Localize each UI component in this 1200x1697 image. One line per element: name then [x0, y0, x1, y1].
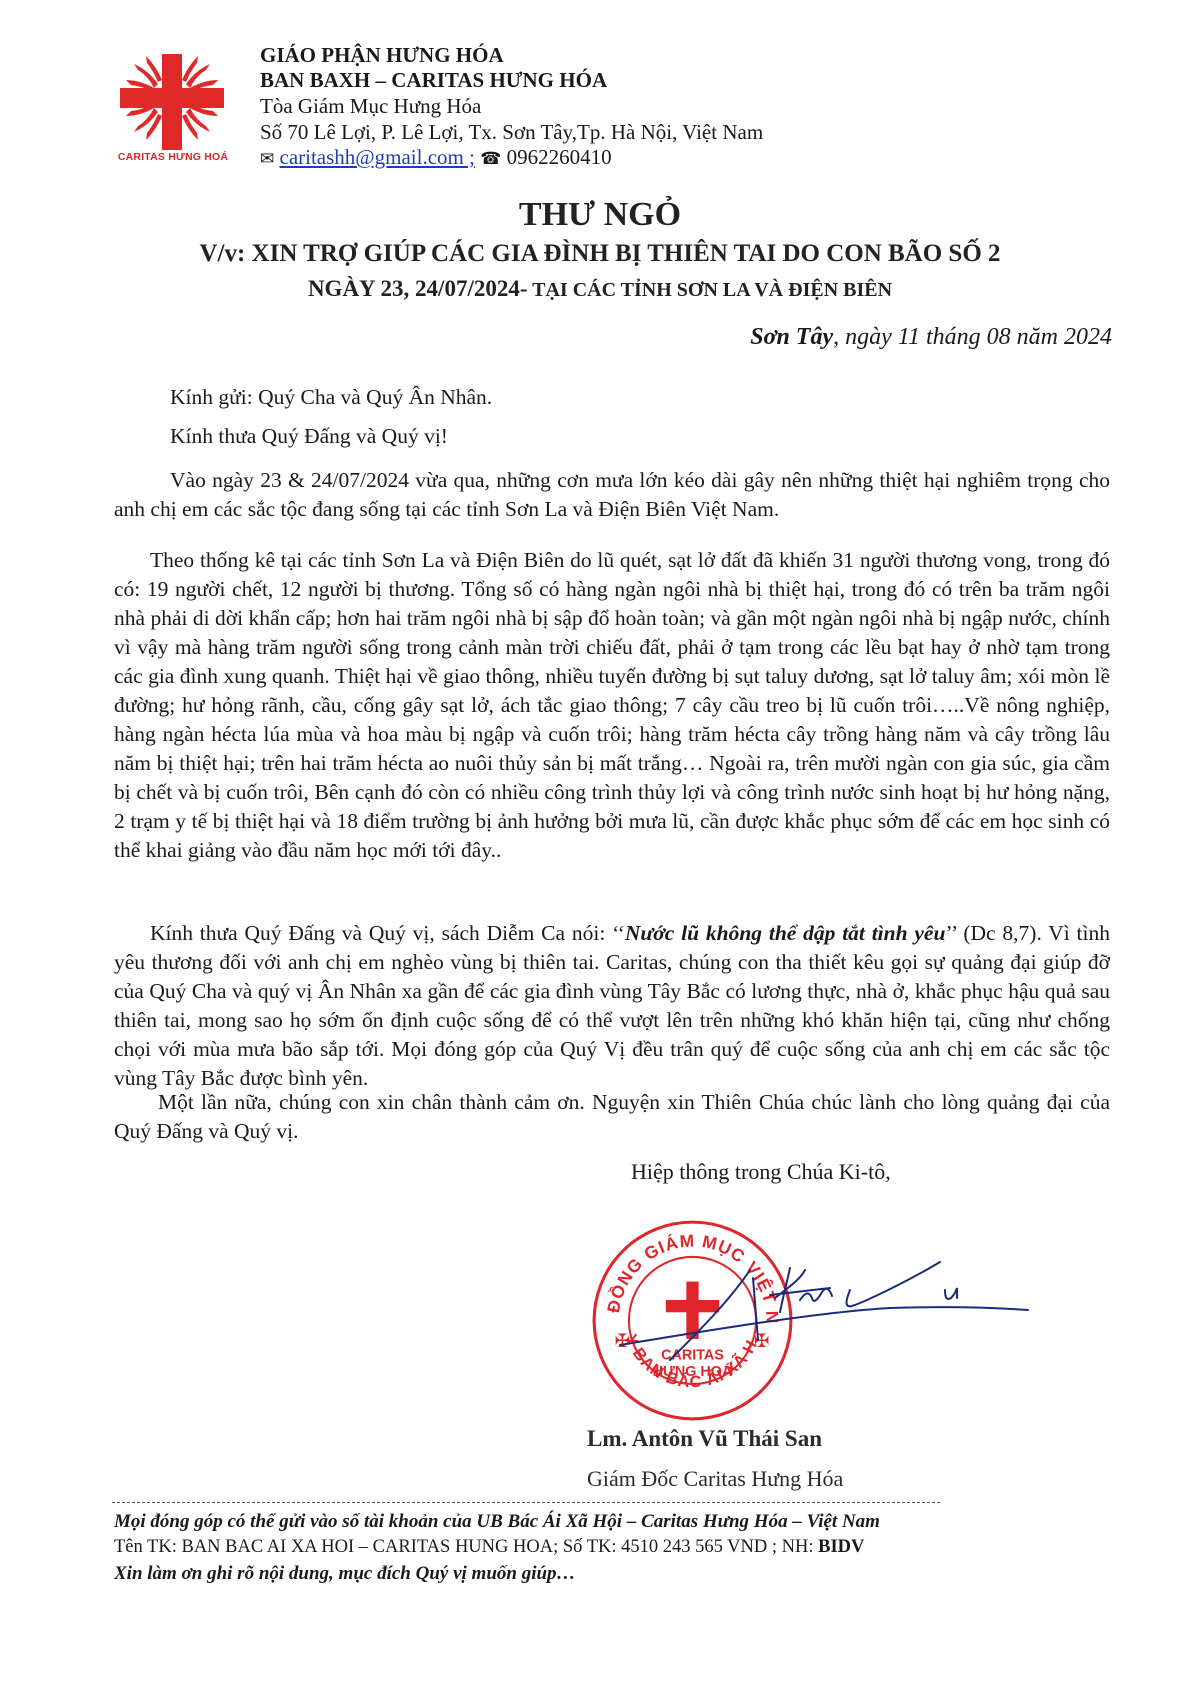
diocese-name: GIÁO PHẬN HƯNG HÓA: [260, 43, 504, 68]
contact-line: ✉ caritashh@gmail.com ; ☎ 0962260410: [260, 145, 612, 172]
logo-caption: CARITAS HƯNG HOÁ: [110, 151, 236, 163]
footer-divider: [112, 1502, 940, 1503]
greeting: Kính thưa Quý Đấng và Quý vị!: [170, 424, 448, 449]
address: Số 70 Lê Lợi, P. Lê Lợi, Tx. Sơn Tây,Tp.…: [260, 120, 763, 145]
dateline-date: , ngày 11 tháng 08 năm 2024: [833, 324, 1112, 350]
envelope-icon: ✉: [260, 149, 274, 169]
organization-name: BAN BAXH – CARITAS HƯNG HÓA: [260, 68, 607, 93]
signer-role: Giám Đốc Caritas Hưng Hóa: [587, 1466, 843, 1492]
bank-name: BIDV: [818, 1537, 864, 1557]
signature: [590, 1250, 1030, 1370]
dateline-place: Sơn Tây: [750, 324, 833, 350]
dateline: Sơn Tây, ngày 11 tháng 08 năm 2024: [750, 324, 1112, 351]
signer-name: Lm. Antôn Vũ Thái San: [587, 1426, 822, 1452]
paragraph-4: Một lần nữa, chúng con xin chân thành cả…: [114, 1088, 1110, 1146]
phone-number: 0962260410: [507, 145, 612, 169]
paragraph-3-intro: Kính thưa Quý Đấng và Quý vị, sách Diễm …: [150, 921, 625, 945]
donation-instruction: Xin làm ơn ghi rõ nội dung, mục đích Quý…: [114, 1563, 576, 1585]
subject-line-1: V/v: XIN TRỢ GIÚP CÁC GIA ĐÌNH BỊ THIÊN …: [0, 240, 1200, 268]
paragraph-2: Theo thống kê tại các tỉnh Sơn La và Điệ…: [114, 546, 1110, 865]
scripture-quote: Nước lũ không thể dập tắt tình yêu: [625, 921, 946, 945]
letter-heading: THƯ NGỎ: [0, 196, 1200, 234]
caritas-logo: [112, 48, 232, 168]
office-name: Tòa Giám Mục Hưng Hóa: [260, 94, 481, 119]
subject-location: TẠI CÁC TỈNH SƠN LA VÀ ĐIỆN BIÊN: [528, 279, 893, 301]
telephone-icon: ☎: [480, 149, 501, 169]
paragraph-3-body: ’’ (Dc 8,7). Vì tình yêu thương đối với …: [114, 921, 1110, 1090]
closing: Hiệp thông trong Chúa Ki-tô,: [631, 1159, 891, 1185]
bank-details: Tên TK: BAN BAC AI XA HOI – CARITAS HUNG…: [114, 1537, 864, 1558]
subject-line-2: NGÀY 23, 24/07/2024- TẠI CÁC TỈNH SƠN LA…: [0, 276, 1200, 302]
paragraph-1: Vào ngày 23 & 24/07/2024 vừa qua, những …: [114, 466, 1110, 524]
salutation: Kính gửi: Quý Cha và Quý Ân Nhân.: [170, 385, 492, 410]
donation-note: Mọi đóng góp có thể gửi vào số tài khoản…: [114, 1511, 880, 1533]
paragraph-3: Kính thưa Quý Đấng và Quý vị, sách Diễm …: [114, 919, 1110, 1093]
email-link[interactable]: caritashh@gmail.com ;: [280, 145, 475, 169]
account-info: Tên TK: BAN BAC AI XA HOI – CARITAS HUNG…: [114, 1537, 818, 1557]
subject-date: NGÀY 23, 24/07/2024-: [308, 276, 528, 301]
